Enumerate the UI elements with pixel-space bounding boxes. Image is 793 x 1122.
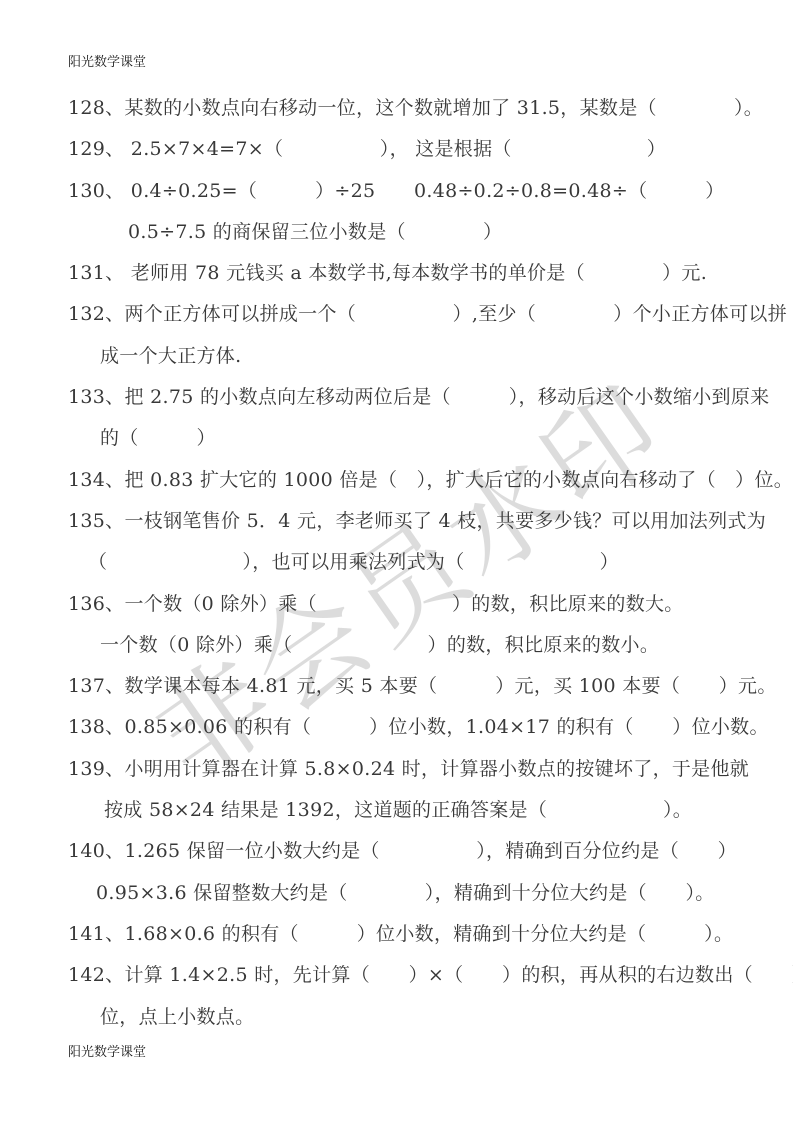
worksheet-line: 141、1.68×0.6 的积有（ ）位小数，精确到十分位大约是（ ）。 [68, 914, 779, 955]
worksheet-line: 0.95×3.6 保留整数大约是（ ），精确到十分位大约是（ ）。 [68, 873, 779, 914]
worksheet-line: 135、一枝钢笔售价 5．4 元，李老师买了 4 枝，共要多少钱？可以用加法列式… [68, 501, 779, 542]
page-header: 阳光数学课堂 [68, 51, 146, 70]
worksheet-line: 140、1.265 保留一位小数大约是（ ），精确到百分位约是（ ） [68, 831, 779, 872]
worksheet-line: 128、某数的小数点向右移动一位，这个数就增加了 31.5，某数是（ ）。 [68, 88, 779, 129]
worksheet-page: 阳光数学课堂 非会员水印 128、某数的小数点向右移动一位，这个数就增加了 31… [0, 0, 793, 1122]
worksheet-line: 137、数学课本每本 4.81 元，买 5 本要（ ）元，买 100 本要（ ）… [68, 666, 779, 707]
worksheet-line: 131、 老师用 78 元钱买 a 本数学书,每本数学书的单价是（ ）元. [68, 253, 779, 294]
worksheet-line: 129、 2.5×7×4=7×（ ）， 这是根据（ ） [68, 129, 779, 170]
worksheet-line: 133、把 2.75 的小数点向左移动两位后是（ ），移动后这个小数缩小到原来 [68, 377, 779, 418]
worksheet-line: 139、小明用计算器在计算 5.8×0.24 时，计算器小数点的按键坏了，于是他… [68, 749, 779, 790]
worksheet-line: 一个数（0 除外）乘（ ）的数，积比原来的数小。 [68, 625, 779, 666]
worksheet-line: （ ），也可以用乘法列式为（ ） [68, 542, 779, 583]
worksheet-line: 0.5÷7.5 的商保留三位小数是（ ） [68, 212, 779, 253]
worksheet-line: 134、把 0.83 扩大它的 1000 倍是（ ），扩大后它的小数点向右移动了… [68, 460, 779, 501]
worksheet-line: 136、一个数（0 除外）乘（ ）的数，积比原来的数大。 [68, 584, 779, 625]
worksheet-line: 142、计算 1.4×2.5 时，先计算（ ）×（ ）的积，再从积的右边数出（ … [68, 955, 779, 996]
worksheet-line: 132、两个正方体可以拼成一个（ ）,至少（ ）个小正方体可以拼 [68, 294, 779, 335]
worksheet-line: 130、 0.4÷0.25=（ ）÷25 0.48÷0.2÷0.8=0.48÷（… [68, 171, 779, 212]
worksheet-line: 位，点上小数点。 [68, 997, 779, 1038]
worksheet-line: 138、0.85×0.06 的积有（ ）位小数，1.04×17 的积有（ ）位小… [68, 707, 779, 748]
page-footer: 阳光数学课堂 [68, 1041, 146, 1060]
worksheet-line: 的（ ） [68, 418, 779, 459]
worksheet-line: 成一个大正方体. [68, 336, 779, 377]
worksheet-lines: 128、某数的小数点向右移动一位，这个数就增加了 31.5，某数是（ ）。129… [68, 88, 779, 1038]
worksheet-line: 按成 58×24 结果是 1392，这道题的正确答案是（ ）。 [68, 790, 779, 831]
